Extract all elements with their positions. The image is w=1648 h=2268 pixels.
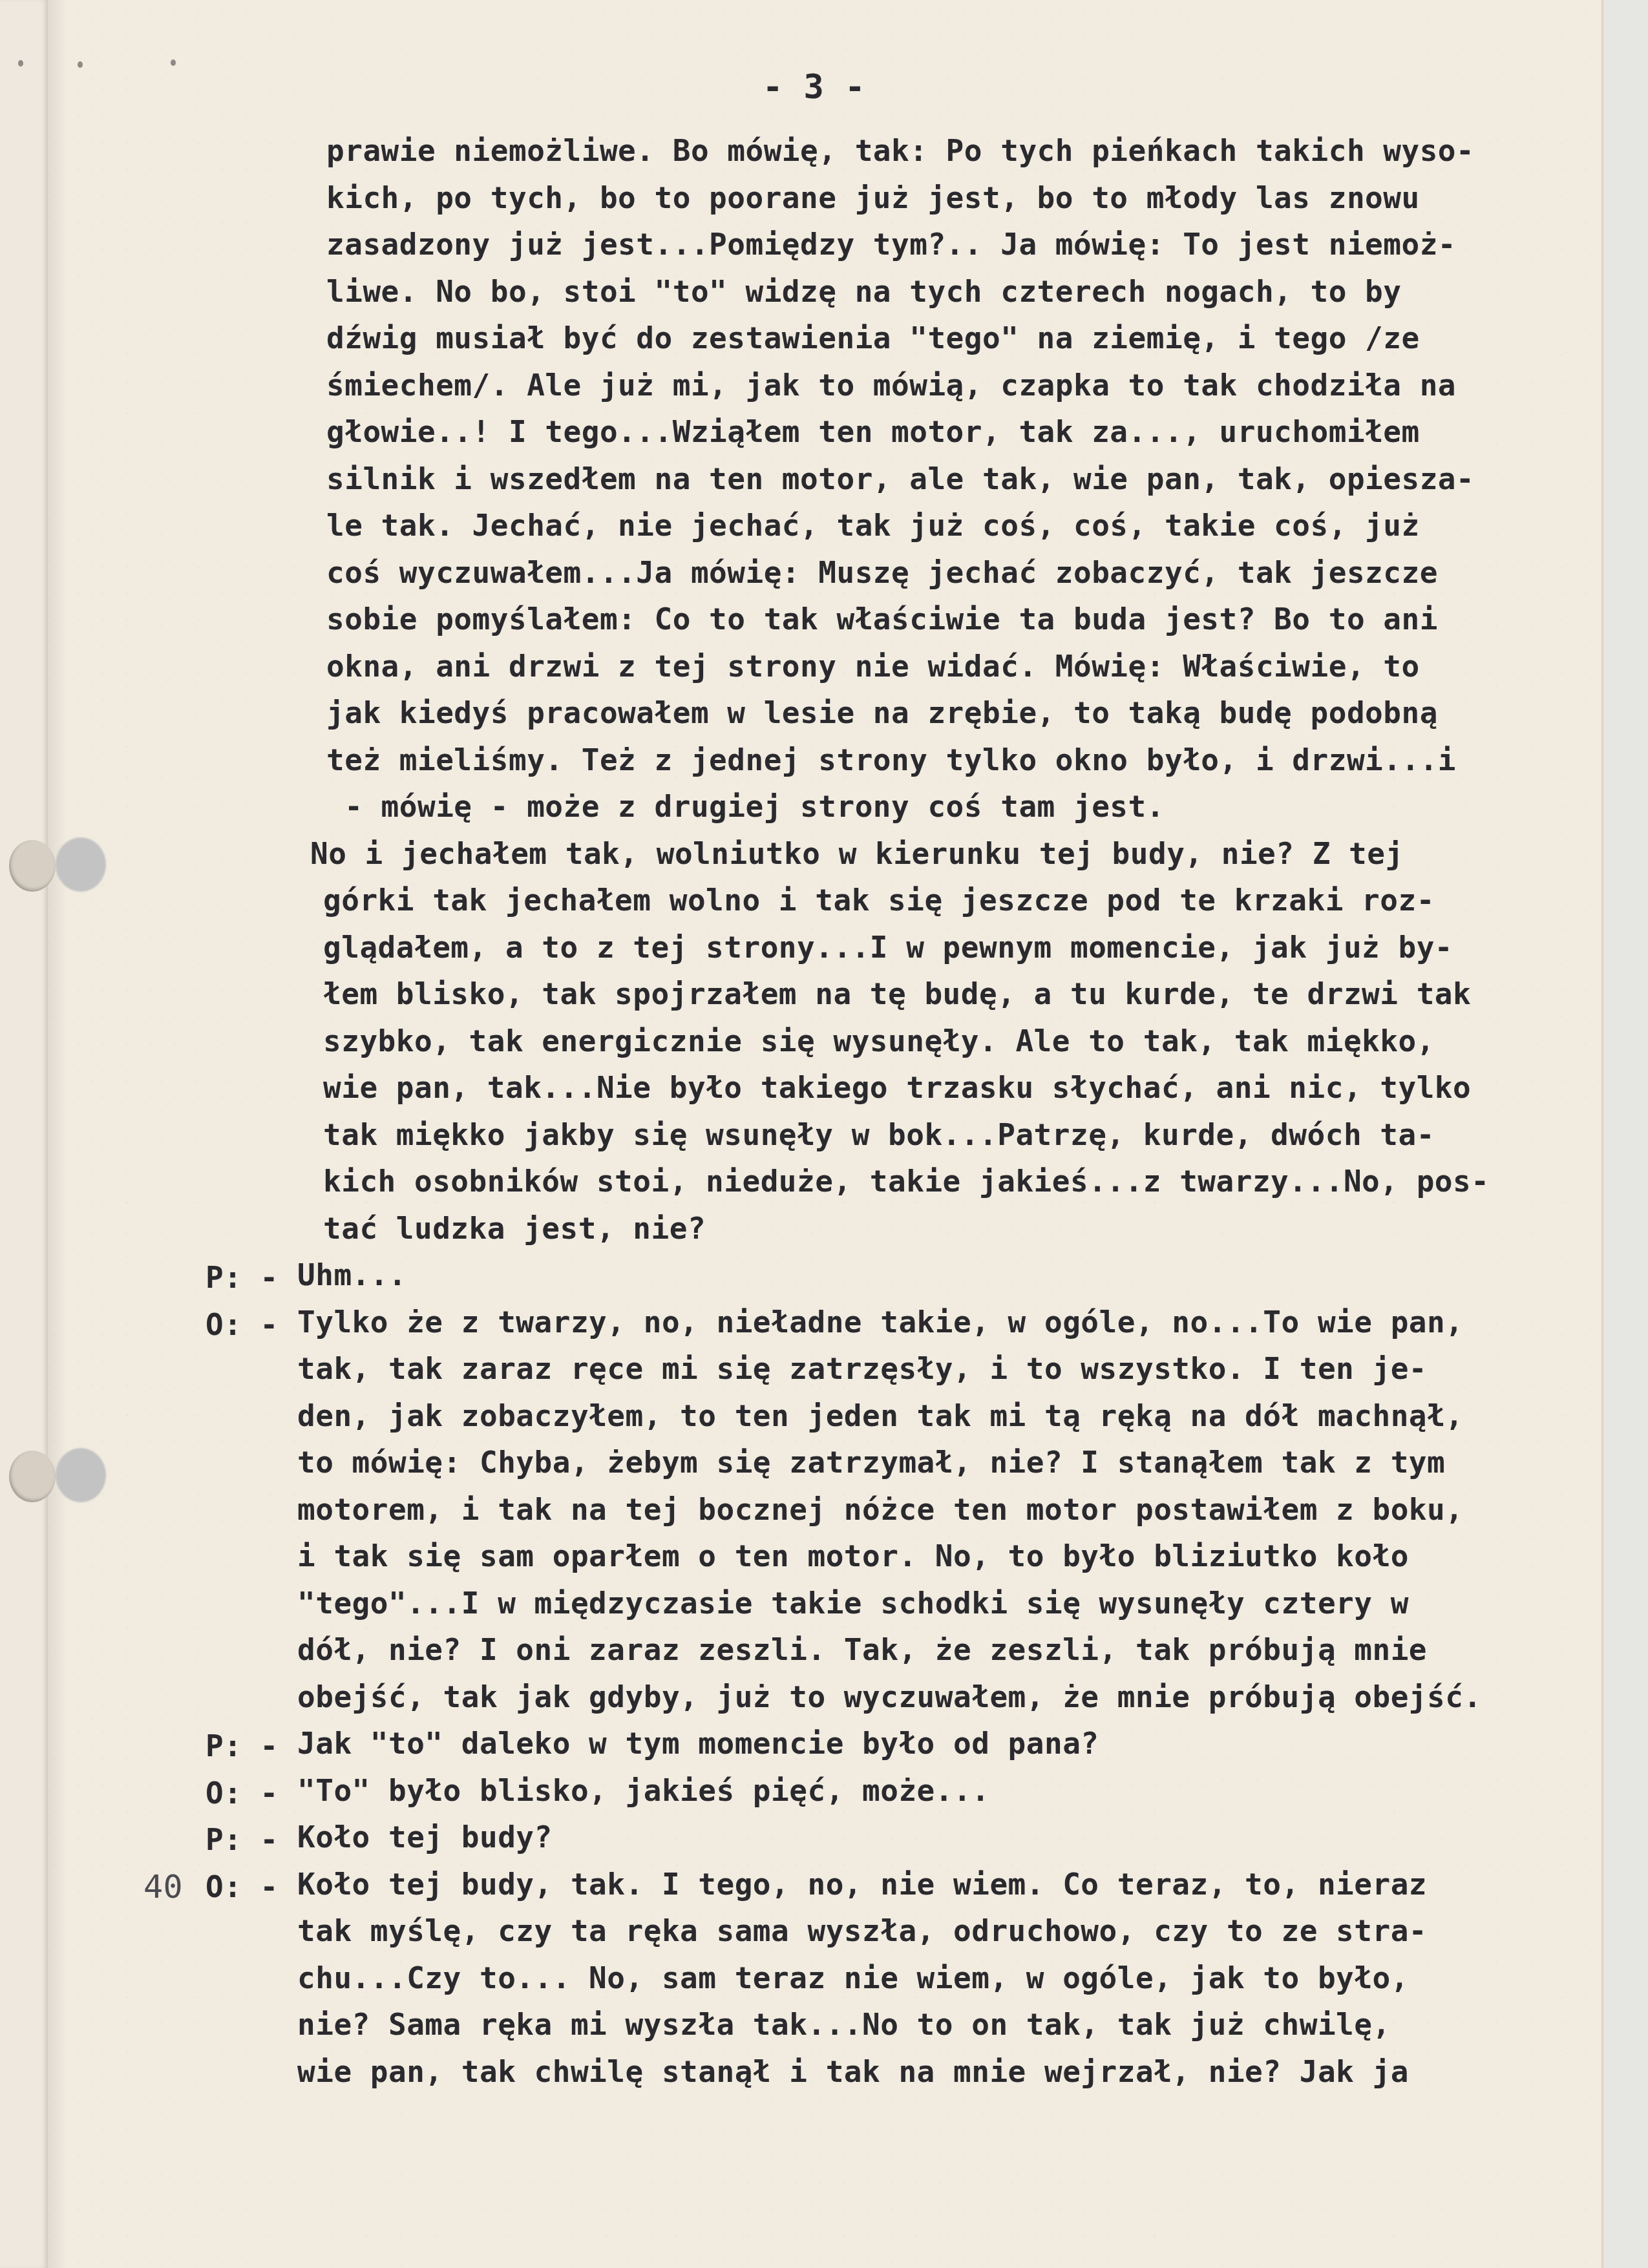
transcript-line: obejść, tak jak gdyby, już to wyczuwałem…	[297, 1682, 1482, 1712]
transcript-line: to mówię: Chyba, żebym się zatrzymał, ni…	[297, 1447, 1445, 1477]
transcript-line: dół, nie? I oni zaraz zeszli. Tak, że ze…	[297, 1635, 1427, 1664]
transcript-line: No i jechałem tak, wolniutko w kierunku …	[310, 839, 1404, 868]
transcript-line: łem blisko, tak spojrzałem na tę budę, a…	[323, 979, 1471, 1009]
transcript-line: silnik i wszedłem na ten motor, ale tak,…	[326, 464, 1474, 494]
punch-hole-shadow	[56, 1448, 106, 1502]
transcript-line: sobie pomyślałem: Co to tak właściwie ta…	[326, 604, 1438, 634]
transcript-line: nie? Sama ręka mi wyszła tak...No to on …	[297, 2010, 1391, 2039]
speaker-label-interviewer: P: -	[206, 1260, 279, 1295]
transcript-line: "To" było blisko, jakieś pięć, może...	[297, 1776, 989, 1805]
speaker-label-interviewer: P: -	[206, 1728, 279, 1763]
transcript-line: "tego"...I w międzyczasie takie schodki …	[297, 1588, 1409, 1618]
staple-mark	[18, 60, 23, 67]
transcript-line: śmiechem/. Ale już mi, jak to mówią, cza…	[326, 370, 1456, 400]
speaker-label-witness: O: -	[206, 1307, 279, 1342]
transcript-line: Jak "to" daleko w tym momencie było od p…	[297, 1728, 1099, 1758]
transcript-line: tak miękko jakby się wsunęły w bok...Pat…	[323, 1120, 1435, 1150]
punch-hole	[9, 840, 56, 892]
transcript-line: coś wyczuwałem...Ja mówię: Muszę jechać …	[326, 558, 1438, 587]
transcript-line: Tylko że z twarzy, no, nieładne takie, w…	[297, 1307, 1463, 1337]
transcript-line: wie pan, tak chwilę stanął i tak na mnie…	[297, 2057, 1409, 2086]
transcript-line: wie pan, tak...Nie było takiego trzasku …	[323, 1073, 1471, 1102]
transcript-line: glądałem, a to z tej strony...I w pewnym…	[323, 932, 1453, 962]
transcript-line: motorem, i tak na tej bocznej nóżce ten …	[297, 1495, 1463, 1524]
transcript-line: prawie niemożliwe. Bo mówię, tak: Po tyc…	[326, 136, 1474, 165]
line-number-marker: 40	[143, 1868, 183, 1906]
transcript-line: i tak się sam oparłem o ten motor. No, t…	[297, 1541, 1409, 1571]
fold-shadow	[48, 0, 67, 2268]
transcript-line: okna, ani drzwi z tej strony nie widać. …	[326, 651, 1420, 681]
transcript-line: - mówię - może z drugiej strony coś tam …	[326, 792, 1165, 821]
transcript-line: Uhm...	[297, 1260, 407, 1290]
transcript-line: też mieliśmy. Też z jednej strony tylko …	[326, 745, 1456, 775]
transcript-line: górki tak jechałem wolno i tak się jeszc…	[323, 885, 1435, 915]
transcript-line: le tak. Jechać, nie jechać, tak już coś,…	[326, 510, 1420, 540]
transcript-line: tak myślę, czy ta ręka sama wyszła, odru…	[297, 1916, 1427, 1946]
transcript-line: tać ludzka jest, nie?	[323, 1213, 706, 1243]
transcript-line: kich osobników stoi, nieduże, takie jaki…	[323, 1166, 1489, 1196]
page-number: - 3 -	[763, 68, 865, 107]
speaker-label-interviewer: P: -	[206, 1822, 279, 1857]
transcript-line: głowie..! I tego...Wziąłem ten motor, ta…	[326, 417, 1420, 446]
transcript-line: kich, po tych, bo to poorane już jest, b…	[326, 183, 1420, 213]
transcript-line: Koło tej budy?	[297, 1822, 553, 1852]
transcript-line: liwe. No bo, stoi "to" widzę na tych czt…	[326, 277, 1401, 306]
binding-fold	[0, 0, 48, 2268]
transcript-line: zasadzony już jest...Pomiędzy tym?.. Ja …	[326, 229, 1456, 259]
transcript-line: Koło tej budy, tak. I tego, no, nie wiem…	[297, 1869, 1427, 1899]
staple-mark	[171, 59, 176, 66]
transcript-line: den, jak zobaczyłem, to ten jeden tak mi…	[297, 1401, 1463, 1431]
speaker-label-witness: O: -	[206, 1776, 279, 1811]
punch-hole-shadow	[56, 837, 106, 892]
transcript-line: szybko, tak energicznie się wysunęły. Al…	[323, 1026, 1435, 1056]
speaker-label-witness: O: -	[206, 1869, 279, 1904]
transcript-line: tak, tak zaraz ręce mi się zatrzęsły, i …	[297, 1354, 1427, 1383]
underlying-page-edge	[1601, 0, 1648, 2268]
transcript-line: jak kiedyś pracowałem w lesie na zrębie,…	[326, 698, 1438, 728]
transcript-line: dźwig musiał być do zestawienia "tego" n…	[326, 323, 1420, 353]
transcript-line: chu...Czy to... No, sam teraz nie wiem, …	[297, 1963, 1409, 1993]
staple-mark	[78, 61, 83, 68]
punch-hole	[9, 1451, 56, 1502]
